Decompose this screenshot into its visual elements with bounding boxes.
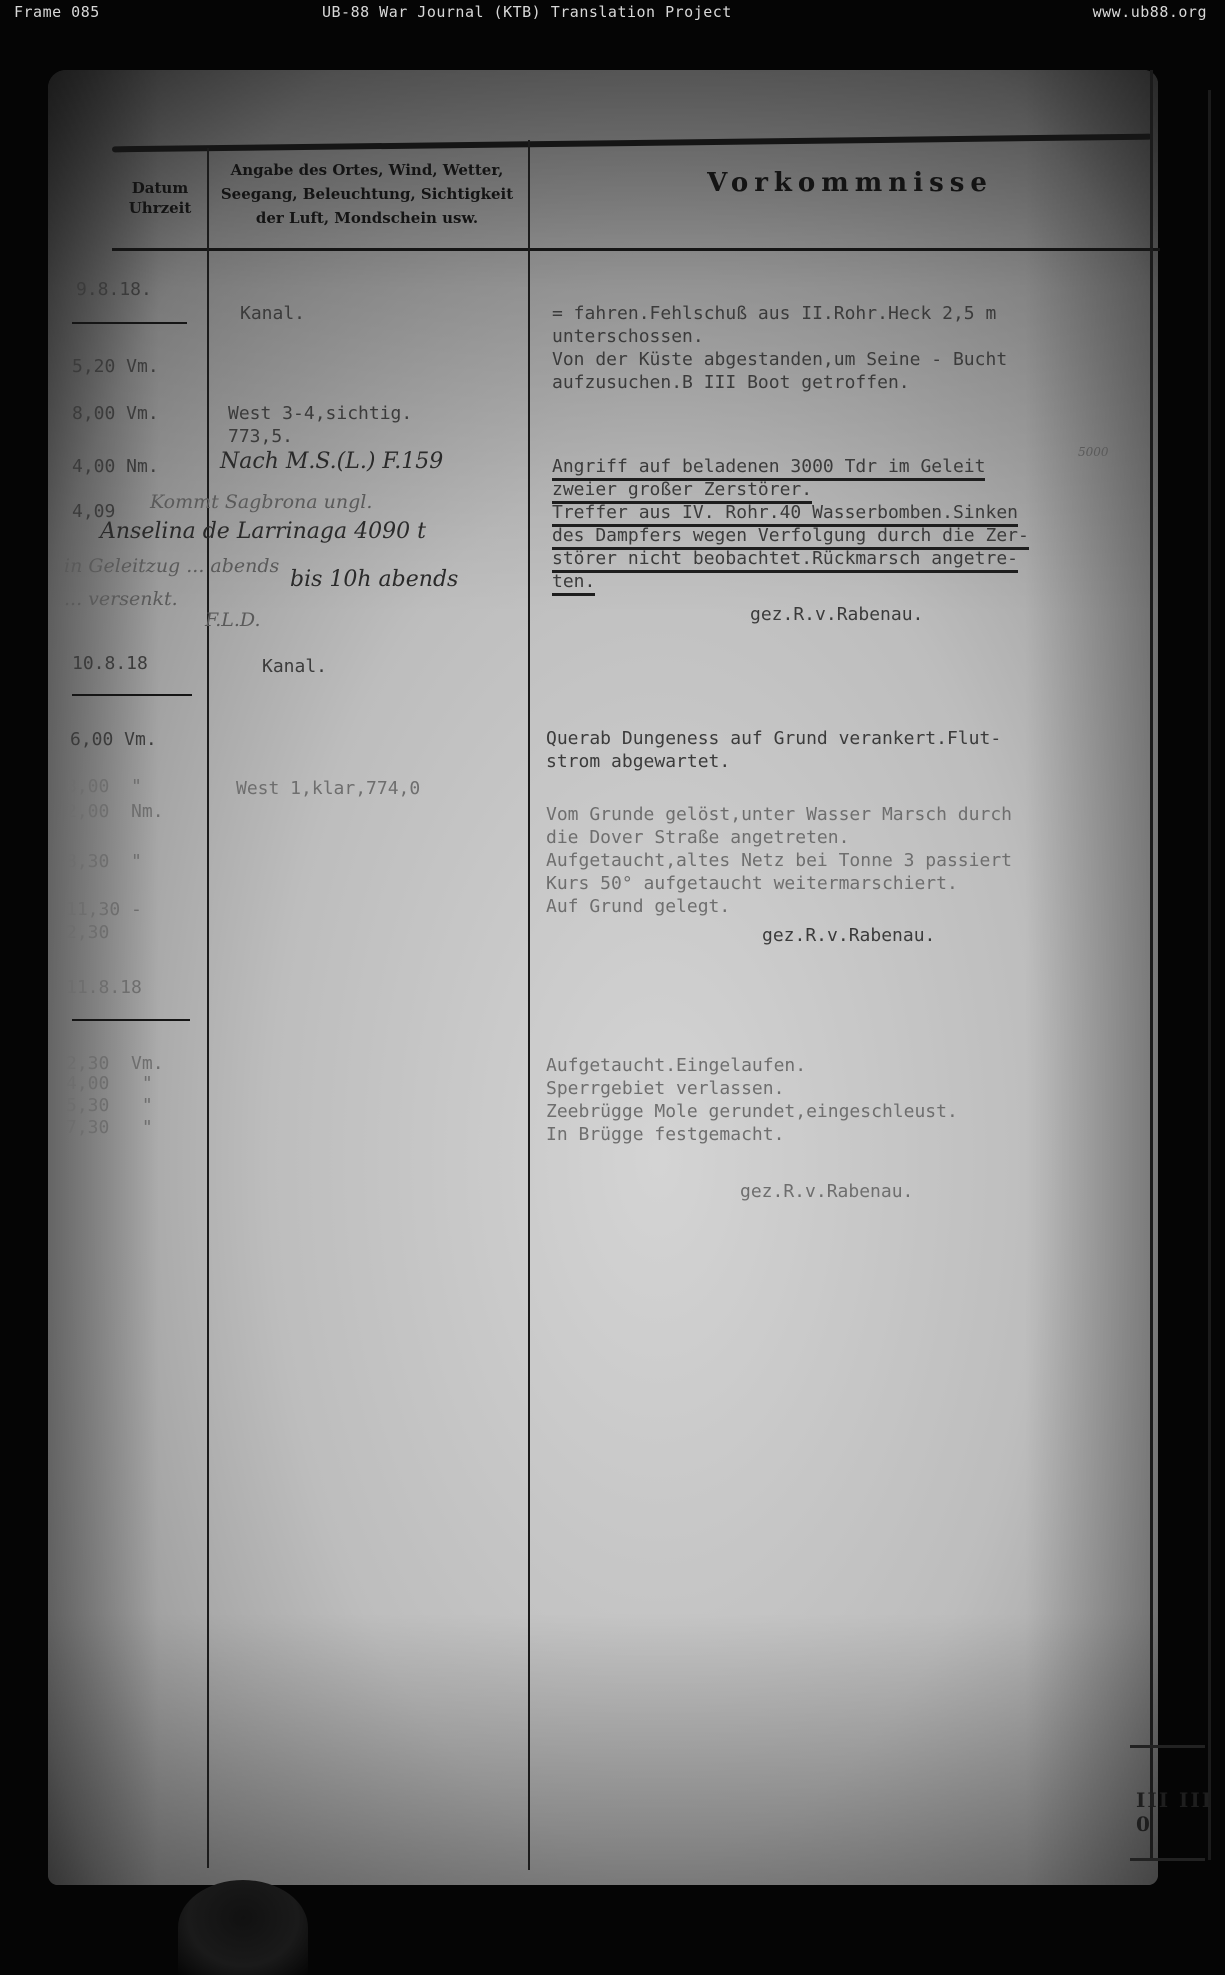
signature: gez.R.v.Rabenau. xyxy=(762,924,935,947)
event-line: Aufgetaucht,altes Netz bei Tonne 3 passi… xyxy=(546,849,1012,872)
margin-label: III III 0 xyxy=(1136,1788,1225,1836)
event-line: die Dover Straße angetreten. xyxy=(546,826,849,849)
event-line: Querab Dungeness auf Grund verankert.Flu… xyxy=(546,727,1001,750)
entry-time: 5,20 Vm. xyxy=(72,355,159,378)
header-place-weather: Angabe des Ortes, Wind, Wetter, Seegang,… xyxy=(212,158,522,230)
event-line: Zeebrügge Mole gerundet,eingeschleust. xyxy=(546,1100,958,1123)
entry-time: 8,00 " xyxy=(66,775,142,798)
entry-time: 5,30 " xyxy=(66,1094,153,1117)
event-line: Aufgetaucht.Eingelaufen. xyxy=(546,1054,806,1077)
handwritten-note: in Geleitzug ... abends xyxy=(64,552,279,580)
project-url[interactable]: www.ub88.org xyxy=(1093,3,1207,21)
page-right-rule xyxy=(1150,70,1153,1860)
event-line: unterschossen. xyxy=(552,325,704,348)
handwritten-note: bis 10h abends xyxy=(290,566,458,594)
frame-number: Frame 085 xyxy=(14,3,100,21)
header-bottom-rule xyxy=(112,248,1160,251)
entry-time: 2,00 Nm. xyxy=(66,800,164,823)
handwritten-note: Anselina de Larrinaga 4090 t xyxy=(100,518,426,546)
entry-time: 11,30 - xyxy=(66,898,142,921)
header-time: Uhrzeit xyxy=(112,198,208,218)
header-date: Datum xyxy=(112,178,208,198)
entry-place: Kanal. xyxy=(240,302,305,325)
date-underline-3 xyxy=(72,1019,190,1021)
signature: gez.R.v.Rabenau. xyxy=(750,603,923,626)
frame-banner: Frame 085 UB-88 War Journal (KTB) Transl… xyxy=(0,0,1225,28)
header-date-time: Datum Uhrzeit xyxy=(112,178,208,218)
entry-date: 9.8.18. xyxy=(76,278,152,301)
handwritten-initials: F.L.D. xyxy=(205,606,261,634)
event-line: strom abgewartet. xyxy=(546,750,730,773)
event-line: Sperrgebiet verlassen. xyxy=(546,1077,784,1100)
event-line: In Brügge festgemacht. xyxy=(546,1123,784,1146)
entry-place: Kanal. xyxy=(262,655,327,678)
page-edge-rule xyxy=(1208,90,1211,1860)
event-line: aufzusuchen.B III Boot getroffen. xyxy=(552,371,910,394)
entry-time: 4,00 Nm. xyxy=(72,455,159,478)
entry-date: 11.8.18 xyxy=(66,976,142,999)
handwritten-note: Nach M.S.(L.) F.159 xyxy=(220,448,443,476)
entry-time: 4,00 " xyxy=(66,1072,153,1095)
date-underline-1 xyxy=(72,322,187,324)
event-line: Von der Küste abgestanden,um Seine - Buc… xyxy=(552,348,1007,371)
thumb-shadow xyxy=(178,1880,308,1975)
handwritten-note: ... versenkt. xyxy=(64,585,178,613)
entry-time: 8,00 Vm. xyxy=(72,402,159,425)
handwritten-note: Kommt Sagbrona ungl. xyxy=(150,488,372,516)
handwritten-correction: 5000 xyxy=(1078,438,1109,466)
event-line: Vom Grunde gelöst,unter Wasser Marsch du… xyxy=(546,803,1012,826)
event-line: = fahren.Fehlschuß aus II.Rohr.Heck 2,5 … xyxy=(552,302,996,325)
column-divider-2 xyxy=(528,140,530,1870)
header-events: Vorkommnisse xyxy=(540,168,1160,198)
entry-date: 10.8.18 xyxy=(72,652,148,675)
entry-place: 773,5. xyxy=(228,425,293,448)
event-line: störer nicht beobachtet.Rückmarsch anget… xyxy=(552,547,1018,573)
header-place-line-3: der Luft, Mondschein usw. xyxy=(212,206,522,230)
project-title: UB-88 War Journal (KTB) Translation Proj… xyxy=(322,3,732,21)
entry-place: West 3-4,sichtig. xyxy=(228,402,412,425)
header-place-line-1: Angabe des Ortes, Wind, Wetter, xyxy=(212,158,522,182)
entry-time: 8,30 " xyxy=(66,850,142,873)
entry-place: West 1,klar,774,0 xyxy=(236,777,420,800)
column-divider-1 xyxy=(207,148,209,1868)
header-place-line-2: Seegang, Beleuchtung, Sichtigkeit xyxy=(212,182,522,206)
event-line: ten. xyxy=(552,570,595,596)
entry-time: 6,00 Vm. xyxy=(70,728,157,751)
event-line: Kurs 50° aufgetaucht weitermarschiert. xyxy=(546,872,958,895)
entry-time: 2,30 xyxy=(66,921,109,944)
signature: gez.R.v.Rabenau. xyxy=(740,1180,913,1203)
event-line: Auf Grund gelegt. xyxy=(546,895,730,918)
date-underline-2 xyxy=(72,694,192,696)
entry-time: 7,30 " xyxy=(66,1116,153,1139)
